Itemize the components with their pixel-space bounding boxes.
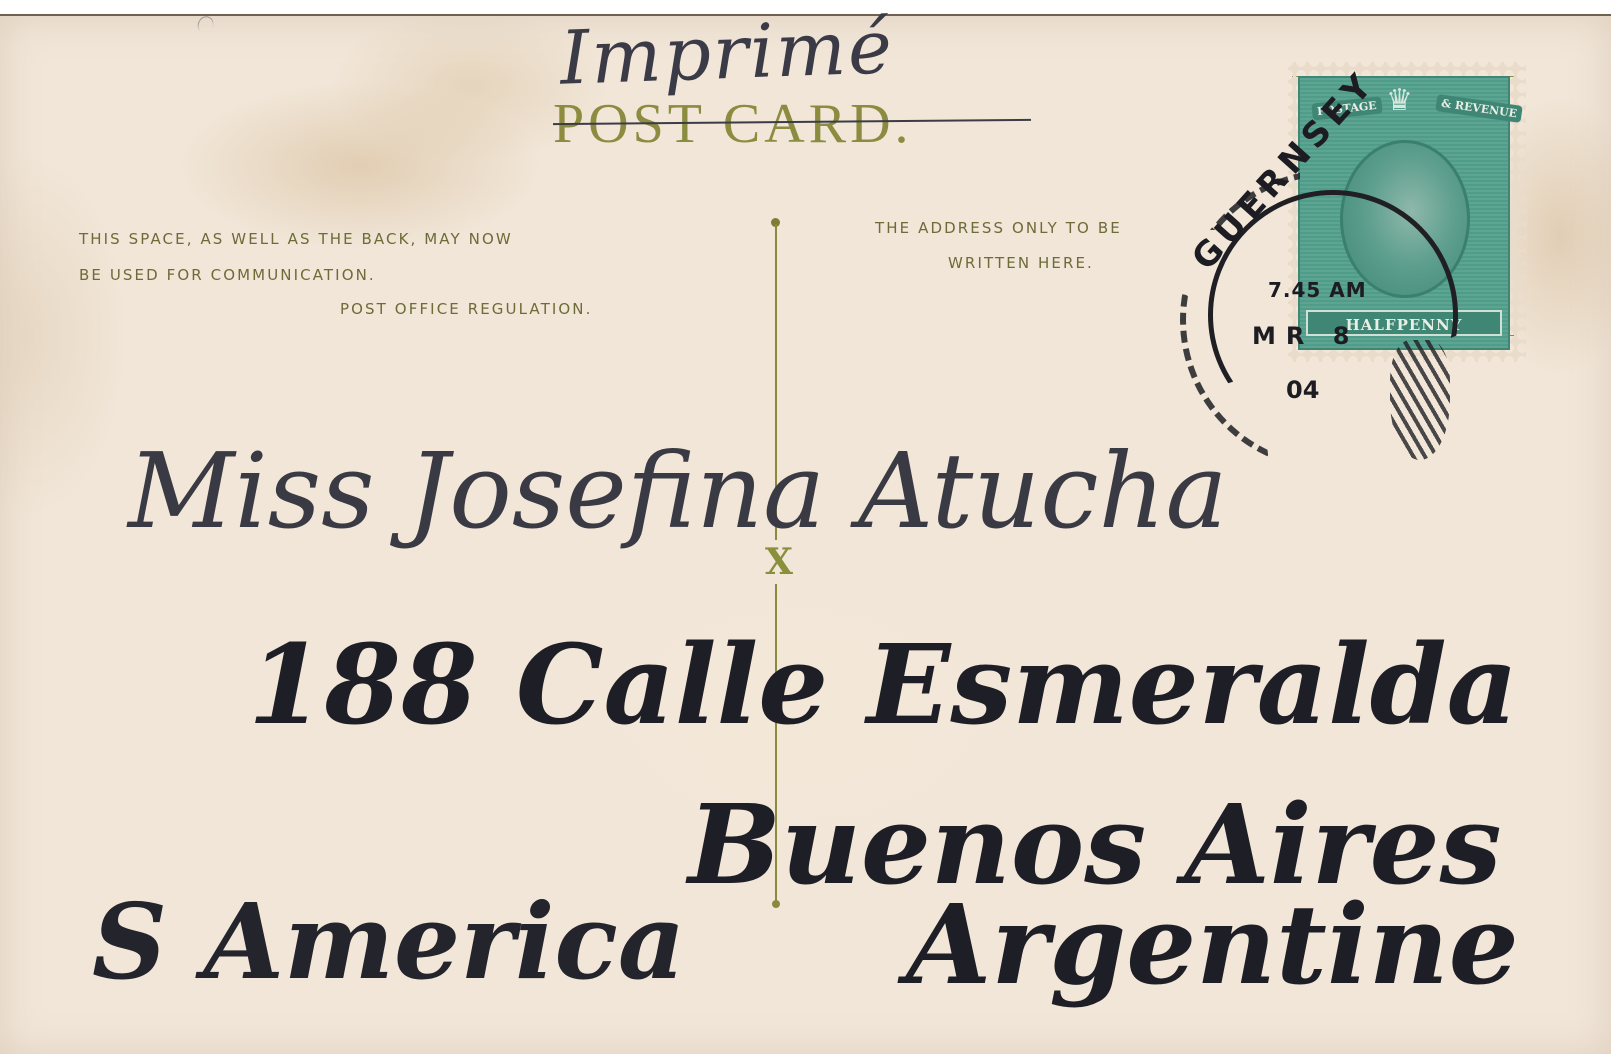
post-card-title: POST CARD. bbox=[553, 92, 913, 156]
communication-notice-line-1: THIS SPACE, AS WELL AS THE BACK, MAY NOW bbox=[79, 230, 513, 248]
post-office-regulation: POST OFFICE REGULATION. bbox=[340, 300, 593, 318]
address-street: 188 Calle Esmeralda bbox=[248, 620, 1518, 749]
postmark-time: 7.45 AM bbox=[1268, 278, 1367, 302]
address-recipient: Miss Josefina Atucha bbox=[128, 430, 1227, 552]
imprime-annotation: Imprimé bbox=[559, 4, 896, 102]
address-country: Argentine bbox=[906, 880, 1519, 1009]
address-continent: S America bbox=[92, 880, 685, 1003]
stray-pen-mark bbox=[195, 13, 216, 35]
address-notice-line-2: WRITTEN HERE. bbox=[948, 254, 1094, 272]
postmark-date: MR 8 bbox=[1252, 322, 1359, 350]
crown-icon: ♛ bbox=[1386, 86, 1413, 116]
postmark-year: 04 bbox=[1286, 376, 1319, 404]
address-notice-line-1: THE ADDRESS ONLY TO BE bbox=[875, 219, 1122, 237]
communication-notice-line-2: BE USED FOR COMMUNICATION. bbox=[79, 266, 376, 284]
